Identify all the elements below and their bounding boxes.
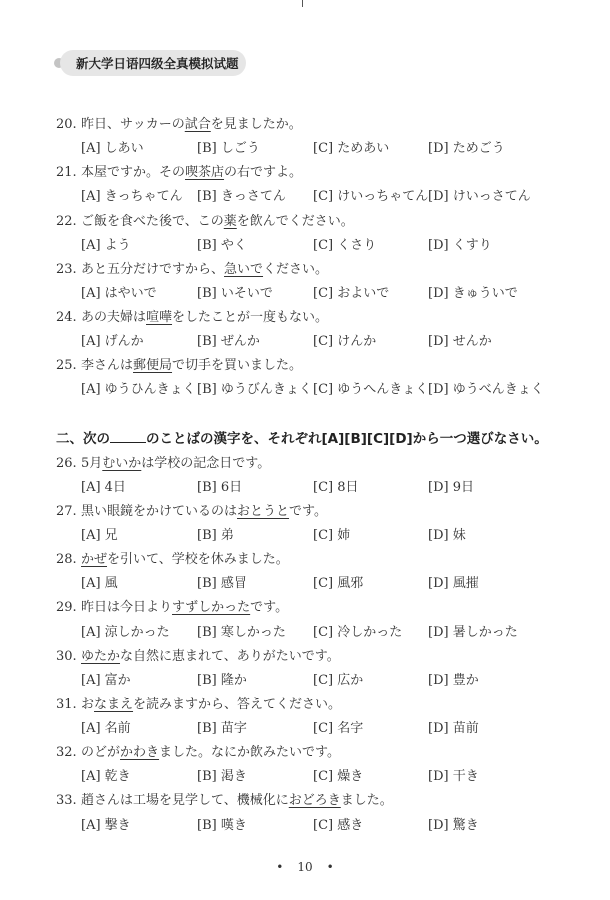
option-d[interactable]: [D] 苗前	[428, 721, 479, 737]
option-b[interactable]: [B] やく	[197, 238, 247, 254]
option-a[interactable]: [A] 兄	[81, 528, 118, 544]
question-22: 22.ご飯を食べた後で、この薬を飲んでください。	[56, 214, 354, 230]
option-a[interactable]: [A] 名前	[81, 721, 131, 737]
option-a[interactable]: [A] 撃き	[81, 818, 131, 834]
option-a[interactable]: [A] 風	[81, 576, 118, 592]
option-d[interactable]: [D] 暑しかった	[428, 625, 518, 641]
option-c[interactable]: [C] くさり	[313, 238, 376, 254]
option-c[interactable]: [C] 感き	[313, 818, 363, 834]
option-c[interactable]: [C] 名字	[313, 721, 363, 737]
option-a[interactable]: [A] きっちゃてん	[81, 189, 183, 205]
question-27: 27.黒い眼鏡をかけているのはおとうとです。	[56, 504, 327, 520]
question-24: 24.あの夫婦は喧嘩をしたことが一度もない。	[56, 310, 328, 326]
option-b[interactable]: [B] 弟	[197, 528, 234, 544]
option-c[interactable]: [C] 燥き	[313, 769, 363, 785]
option-d[interactable]: [D] 9日	[428, 480, 474, 496]
option-c[interactable]: [C] ためあい	[313, 141, 389, 157]
option-c[interactable]: [C] 冷しかった	[313, 625, 402, 641]
option-b[interactable]: [B] 寒しかった	[197, 625, 286, 641]
option-c[interactable]: [C] 姉	[313, 528, 350, 544]
option-d[interactable]: [D] せんか	[428, 334, 492, 350]
header-title: 新大学日语四级全真模拟试题	[76, 54, 239, 72]
option-a[interactable]: [A] げんか	[81, 334, 144, 350]
question-25: 25.李さんは郵便局で切手を買いました。	[56, 358, 302, 374]
option-c[interactable]: [C] 風邪	[313, 576, 363, 592]
bullet-icon: •	[327, 860, 334, 874]
option-b[interactable]: [B] 感冒	[197, 576, 247, 592]
option-c[interactable]: [C] 8日	[313, 480, 359, 496]
option-d[interactable]: [D] けいっさてん	[428, 189, 531, 205]
question-33: 33.趙さんは工場を見学して、機械化におどろきました。	[56, 793, 393, 809]
top-crop-mark	[302, 0, 303, 7]
option-d[interactable]: [D] ゆうべんきょく	[428, 382, 544, 398]
bullet-icon: •	[276, 860, 283, 874]
option-a[interactable]: [A] 富か	[81, 673, 131, 689]
question-32: 32.のどがかわきました。なにか飲みたいです。	[56, 745, 340, 761]
option-c[interactable]: [C] けいっちゃてん	[313, 189, 428, 205]
question-29: 29.昨日は今日よりすずしかったです。	[56, 600, 288, 616]
option-b[interactable]: [B] 渇き	[197, 769, 247, 785]
option-a[interactable]: [A] よう	[81, 238, 131, 254]
option-b[interactable]: [B] 苗字	[197, 721, 247, 737]
option-b[interactable]: [B] 嘆き	[197, 818, 247, 834]
option-a[interactable]: [A] 乾き	[81, 769, 131, 785]
option-b[interactable]: [B] しごう	[197, 141, 260, 157]
option-b[interactable]: [B] 隆か	[197, 673, 247, 689]
question-21: 21.本屋ですか。その喫茶店の右ですよ。	[56, 165, 302, 181]
option-d[interactable]: [D] 干き	[428, 769, 479, 785]
question-31: 31.おなまえを読みますから、答えてください。	[56, 697, 341, 713]
question-26: 26.5月むいかは学校の記念日です。	[56, 456, 270, 472]
question-20: 20.昨日、サッカーの試合を見ましたか。	[56, 117, 302, 133]
option-d[interactable]: [D] 妹	[428, 528, 466, 544]
option-b[interactable]: [B] ぜんか	[197, 334, 260, 350]
option-b[interactable]: [B] ゆうびんきょく	[197, 382, 312, 398]
question-23: 23.あと五分だけですから、急いでください。	[56, 262, 328, 278]
option-a[interactable]: [A] ゆうひんきょく	[81, 382, 196, 398]
option-b[interactable]: [B] いそいで	[197, 286, 273, 302]
section-heading: 二、次ののことばの漢字を、それぞれ[A][B][C][D]から一つ選びなさい。	[56, 427, 548, 447]
option-d[interactable]: [D] 驚き	[428, 818, 479, 834]
option-c[interactable]: [C] ゆうへんきょく	[313, 382, 428, 398]
option-d[interactable]: [D] くすり	[428, 238, 492, 254]
blank-line	[110, 430, 146, 443]
option-b[interactable]: [B] 6日	[197, 480, 242, 496]
option-a[interactable]: [A] 涼しかった	[81, 625, 170, 641]
page-number: 10	[297, 860, 312, 874]
page-footer: •10•	[0, 860, 610, 874]
option-d[interactable]: [D] 風摧	[428, 576, 479, 592]
option-c[interactable]: [C] けんか	[313, 334, 376, 350]
option-d[interactable]: [D] ためごう	[428, 141, 505, 157]
option-c[interactable]: [C] およいで	[313, 286, 389, 302]
question-30: 30.ゆたかな自然に恵まれて、ありがたいです。	[56, 649, 340, 665]
option-d[interactable]: [D] 豊か	[428, 673, 479, 689]
option-a[interactable]: [A] 4日	[81, 480, 126, 496]
option-b[interactable]: [B] きっさてん	[197, 189, 286, 205]
question-28: 28.かぜを引いて、学校を休みました。	[56, 552, 289, 568]
running-header: 新大学日语四级全真模拟试题	[60, 50, 246, 76]
option-a[interactable]: [A] はやいで	[81, 286, 157, 302]
option-d[interactable]: [D] きゅういで	[428, 286, 518, 302]
option-a[interactable]: [A] しあい	[81, 141, 144, 157]
option-c[interactable]: [C] 広か	[313, 673, 363, 689]
